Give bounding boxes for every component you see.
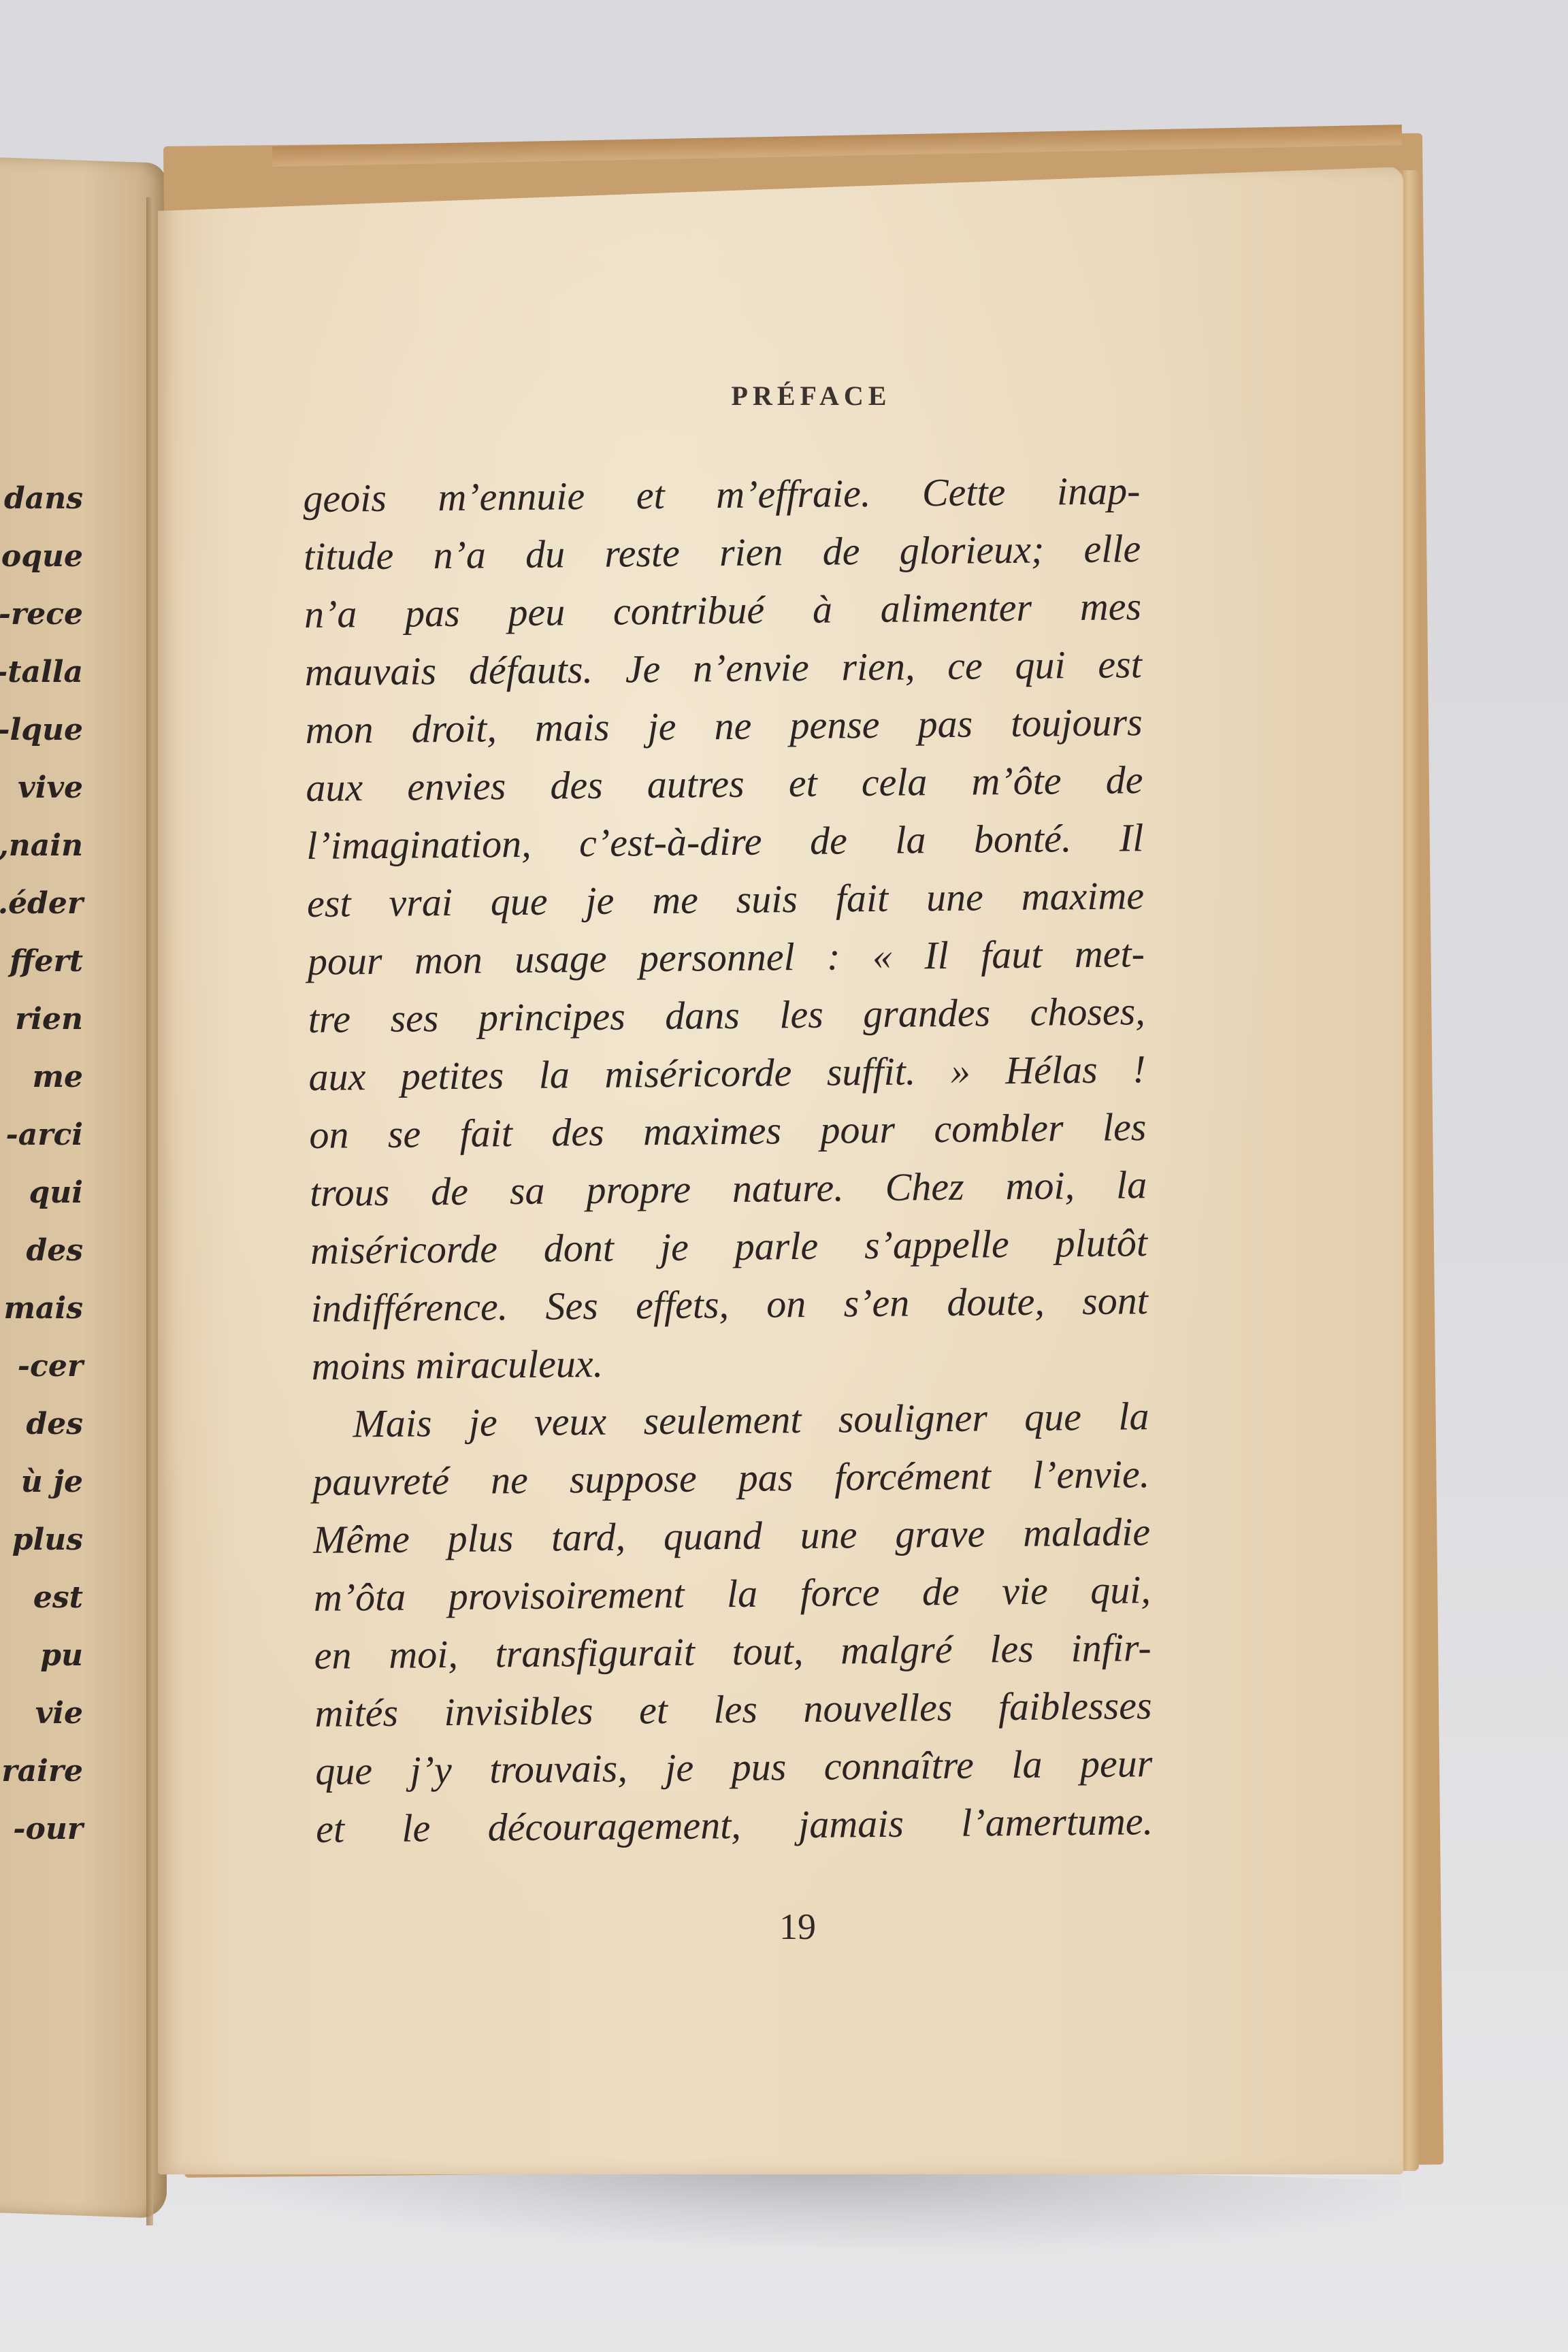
text-line: on se fait des maximes pour combler les <box>309 1098 1147 1164</box>
text-line: pauvreté ne suppose pas forcément l’envi… <box>312 1445 1150 1511</box>
left-line: des <box>0 1395 83 1453</box>
left-line: plus <box>0 1511 83 1569</box>
text-line: mauvais défauts. Je n’envie rien, ce qui… <box>304 635 1142 701</box>
left-line: arci- <box>0 1106 83 1164</box>
left-line: lque- <box>0 701 83 759</box>
text-line: en moi, transfigurait tout, malgré les i… <box>314 1618 1151 1684</box>
left-line: éder. <box>0 875 83 932</box>
paragraph-start-line: Mais je veux seulement souligner que la <box>312 1387 1149 1453</box>
left-line: ffert <box>0 932 83 990</box>
text-line: tre ses principes dans les grandes chose… <box>308 982 1145 1048</box>
text-line: trous de sa propre nature. Chez moi, la <box>310 1156 1147 1222</box>
left-line: rien <box>0 990 83 1048</box>
text-line: aux envies des autres et cela m’ôte de <box>306 751 1143 817</box>
left-line: vive <box>0 759 83 817</box>
left-line: talla- <box>0 643 83 701</box>
text-line: mités invisibles et les nouvelles faible… <box>314 1676 1152 1742</box>
left-line: nain, <box>0 817 83 875</box>
left-line: rece- <box>0 585 83 643</box>
text-line: Même plus tard, quand une grave maladie <box>313 1503 1151 1569</box>
book-photo: dans oque rece- talla- lque- vive nain, … <box>0 0 1568 2352</box>
left-line: des <box>0 1222 83 1279</box>
left-line: vie <box>0 1684 83 1742</box>
text-line: titude n’a du reste rien de glorieux; el… <box>304 519 1141 585</box>
left-line: dans <box>0 470 83 527</box>
text-line: geois m’ennuie et m’effraie. Cette inap- <box>303 461 1141 527</box>
text-line: et le découragement, jamais l’amertume. <box>316 1792 1154 1858</box>
left-line: me <box>0 1048 83 1106</box>
page-number: 19 <box>0 1906 1568 1948</box>
left-line: est <box>0 1569 83 1627</box>
left-line: pu <box>0 1627 83 1684</box>
running-head: PRÉFACE <box>0 380 1568 412</box>
page-body-text: geois m’ennuie et m’effraie. Cette inap-… <box>303 461 1154 1858</box>
text-line: mon droit, mais je ne pense pas toujours <box>305 693 1143 759</box>
text-line: miséricorde dont je parle s’appelle plut… <box>310 1213 1148 1279</box>
text-line: indifférence. Ses effets, on s’en doute,… <box>310 1271 1148 1337</box>
text-line: pour mon usage personnel : « Il faut met… <box>308 924 1145 990</box>
left-line: mais <box>0 1279 83 1337</box>
text-line: n’a pas peu contribué à alimenter mes <box>304 577 1142 643</box>
text-line: m’ôta provisoirement la force de vie qui… <box>314 1561 1151 1627</box>
text-line: moins miraculeux. <box>311 1329 1149 1395</box>
left-page-text: dans oque rece- talla- lque- vive nain, … <box>0 470 83 1858</box>
text-line: est vrai que je me suis fait une maxime <box>307 866 1145 932</box>
left-line: oque <box>0 527 83 585</box>
text-line: aux petites la miséricorde suffit. » Hél… <box>308 1040 1146 1106</box>
text-line: que j’y trouvais, je pus connaître la pe… <box>315 1734 1153 1800</box>
left-line: qui <box>0 1164 83 1222</box>
left-line: our- <box>0 1800 83 1858</box>
left-line: cer- <box>0 1337 83 1395</box>
left-line: ù je <box>0 1453 83 1511</box>
left-line: raire <box>0 1742 83 1800</box>
text-line: l’imagination, c’est-à-dire de la bonté.… <box>306 808 1144 875</box>
